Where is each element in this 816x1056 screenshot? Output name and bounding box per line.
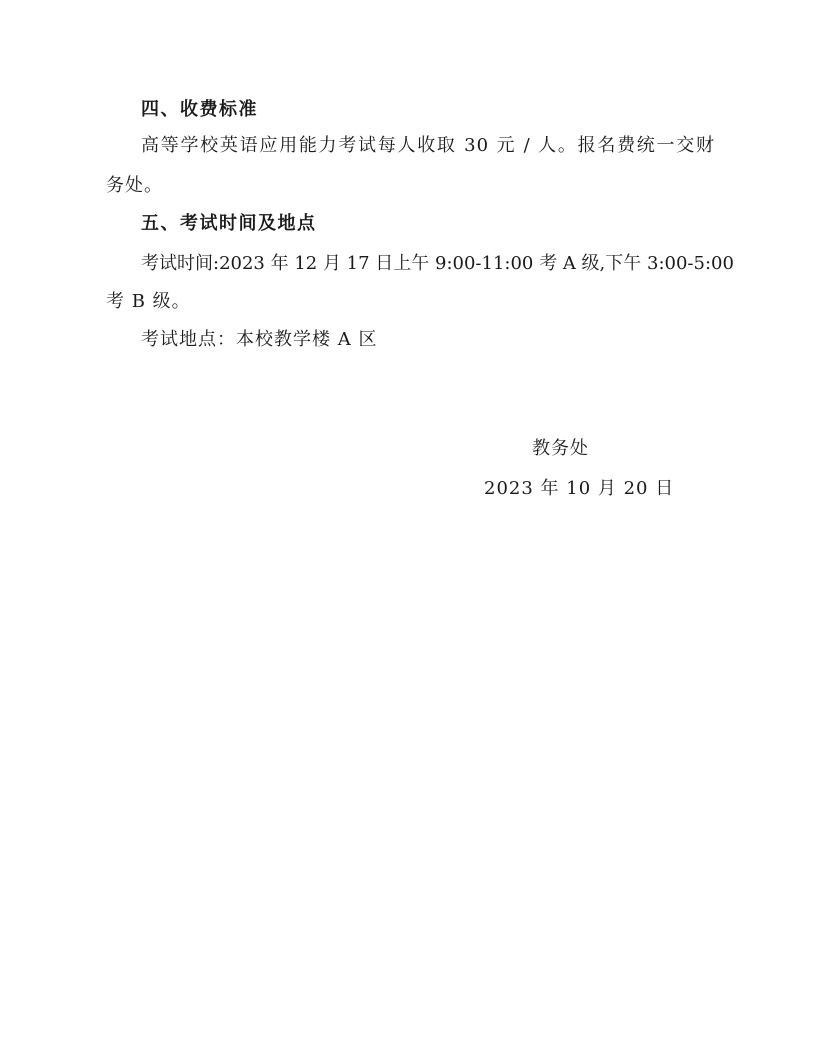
document-page: 四、收费标准 高等学校英语应用能力考试每人收取 30 元 / 人。报名费统一交财… [0, 0, 816, 1056]
signature-issuer: 教务处 [532, 437, 589, 461]
fees-paragraph-line-2: 务处。 [106, 174, 163, 198]
exam-time-line-2: 考 B 级。 [106, 290, 191, 314]
exam-location: 考试地点：本校教学楼 A 区 [141, 328, 377, 352]
signature-date: 2023 年 10 月 20 日 [484, 477, 674, 501]
section-heading-fees: 四、收费标准 [141, 98, 258, 122]
section-heading-time-location: 五、考试时间及地点 [141, 212, 317, 236]
fees-paragraph-line-1: 高等学校英语应用能力考试每人收取 30 元 / 人。报名费统一交财 [141, 134, 715, 158]
exam-time-line-1: 考试时间:2023 年 12 月 17 日上午 9:00-11:00 考 A 级… [141, 252, 715, 276]
